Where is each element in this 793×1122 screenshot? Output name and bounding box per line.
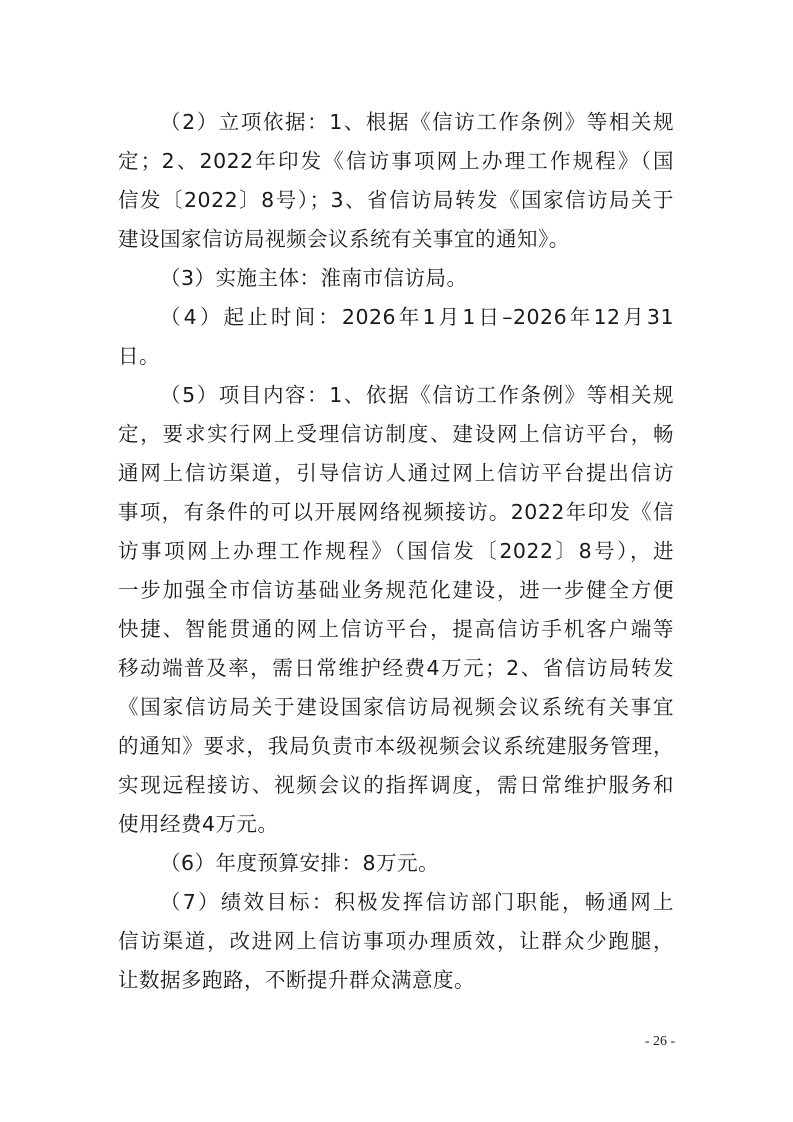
paragraph-2-line-1: （2）立项依据：1、根据《信访工作条例》等相关规 <box>160 108 674 136</box>
paragraph-5-line-3: 通网上信访渠道，引导信访人通过网上信访平台提出信访 <box>118 459 674 487</box>
paragraph-5-line-11: 实现远程接访、视频会议的指挥调度，需日常维护服务和 <box>118 771 674 799</box>
paragraph-5-line-4: 事项，有条件的可以开展网络视频接访。2022年印发《信 <box>118 498 674 526</box>
paragraph-7-line-1: （7）绩效目标：积极发挥信访部门职能，畅通网上 <box>160 888 674 916</box>
paragraph-2-line-2: 定；2、2022年印发《信访事项网上办理工作规程》（国 <box>118 147 674 175</box>
page-number: - 26 - <box>630 1034 690 1050</box>
paragraph-5-line-2: 定，要求实行网上受理信访制度、建设网上信访平台，畅 <box>118 420 674 448</box>
paragraph-7-line-3: 让数据多跑路，不断提升群众满意度。 <box>118 966 674 994</box>
paragraph-6-line-1: （6）年度预算安排：8万元。 <box>160 849 674 877</box>
paragraph-5-line-10: 的通知》要求，我局负责市本级视频会议系统建服务管理， <box>118 732 674 760</box>
paragraph-5-line-12: 使用经费4万元。 <box>118 810 674 838</box>
paragraph-7-line-2: 信访渠道，改进网上信访事项办理质效，让群众少跑腿， <box>118 927 674 955</box>
paragraph-2-line-3: 信发〔2022〕8号）；3、省信访局转发《国家信访局关于 <box>118 186 674 214</box>
paragraph-4-line-2: 日。 <box>118 342 674 370</box>
paragraph-4-line-1: （4）起止时间：2026年1月1日–2026年12月31 <box>160 303 674 331</box>
paragraph-5-line-7: 快捷、智能贯通的网上信访平台，提高信访手机客户端等 <box>118 615 674 643</box>
document-page: （2）立项依据：1、根据《信访工作条例》等相关规 定；2、2022年印发《信访事… <box>0 0 793 1122</box>
paragraph-5-line-6: 一步加强全市信访基础业务规范化建设，进一步健全方便 <box>118 576 674 604</box>
paragraph-3-line-1: （3）实施主体：淮南市信访局。 <box>160 264 674 292</box>
paragraph-5-line-5: 访事项网上办理工作规程》（国信发〔2022〕8号），进 <box>118 537 674 565</box>
paragraph-2-line-4: 建设国家信访局视频会议系统有关事宜的通知》。 <box>118 225 674 253</box>
paragraph-5-line-8: 移动端普及率，需日常维护经费4万元；2、省信访局转发 <box>118 654 674 682</box>
paragraph-5-line-9: 《国家信访局关于建设国家信访局视频会议系统有关事宜 <box>118 693 674 721</box>
paragraph-5-line-1: （5）项目内容：1、依据《信访工作条例》等相关规 <box>160 381 674 409</box>
